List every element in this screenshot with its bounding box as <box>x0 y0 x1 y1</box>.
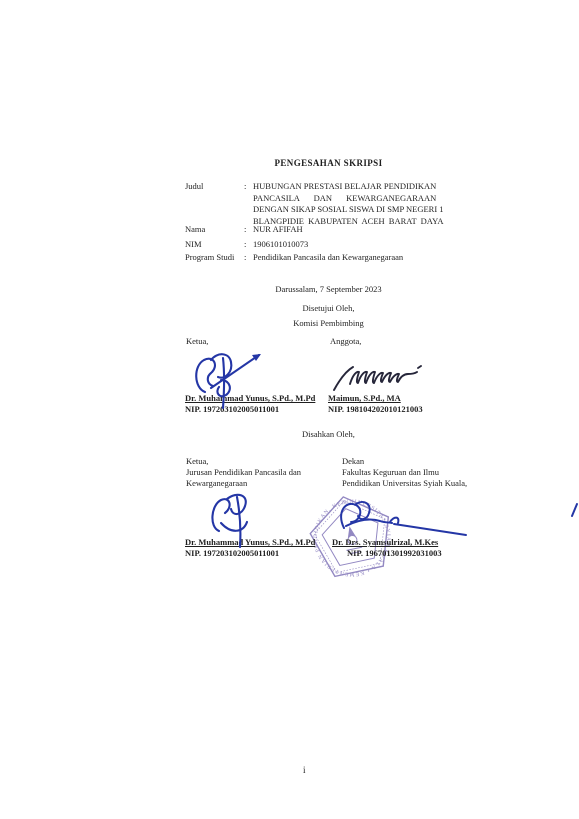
pen-mark-edge <box>570 502 579 518</box>
member-nip: NIP. 198104202010121003 <box>328 404 423 415</box>
page-number: i <box>303 765 306 775</box>
member-label: Anggota, <box>330 336 361 347</box>
judul-colon: : <box>244 181 246 192</box>
judul-line-1: HUBUNGAN PRESTASI BELAJAR PENDIDIKAN <box>253 181 437 193</box>
left-role-line1: Ketua, <box>186 456 208 467</box>
prodi-value: Pendidikan Pancasila dan Kewarganegaraan <box>253 252 403 263</box>
judul-line-3: DENGAN SIKAP SOSIAL SISWA DI SMP NEGERI … <box>253 204 437 216</box>
right-role-line1: Dekan <box>342 456 364 467</box>
left-role-line2: Jurusan Pendidikan Pancasila dan <box>186 467 301 478</box>
right-role-line3: Pendidikan Universitas Syiah Kuala, <box>342 478 467 489</box>
judul-line-2: PANCASILA DAN KEWARGANEGARAAN <box>253 193 437 205</box>
ratification-heading: Disahkan Oleh, <box>185 429 472 440</box>
signature-committee-chair <box>191 346 269 410</box>
place-date: Darussalam, 7 September 2023 <box>185 284 472 295</box>
ratification-right-nip: NIP. 196701301992031003 <box>347 548 442 559</box>
nama-colon: : <box>244 224 246 235</box>
nim-value: 1906101010073 <box>253 239 308 250</box>
signature-department-chair <box>207 489 277 551</box>
right-role-line2: Fakultas Keguruan dan Ilmu <box>342 467 439 478</box>
nim-label: NIM <box>185 239 202 250</box>
prodi-label: Program Studi <box>185 252 234 263</box>
thesis-approval-page: PENGESAHAN SKRIPSI Judul : HUBUNGAN PRES… <box>0 0 579 819</box>
signature-dean <box>318 498 470 540</box>
nama-label: Nama <box>185 224 205 235</box>
prodi-colon: : <box>244 252 246 263</box>
nama-value: NUR AFIFAH <box>253 224 303 235</box>
approved-by: Disetujui Oleh, <box>185 303 472 314</box>
member-name: Maimun, S.Pd., MA <box>328 393 401 404</box>
page-title: PENGESAHAN SKRIPSI <box>185 158 472 169</box>
signature-committee-member <box>330 362 425 394</box>
committee: Komisi Pembimbing <box>185 318 472 329</box>
nim-colon: : <box>244 239 246 250</box>
left-role-line3: Kewarganegaraan <box>186 478 247 489</box>
judul-label: Judul <box>185 181 203 192</box>
